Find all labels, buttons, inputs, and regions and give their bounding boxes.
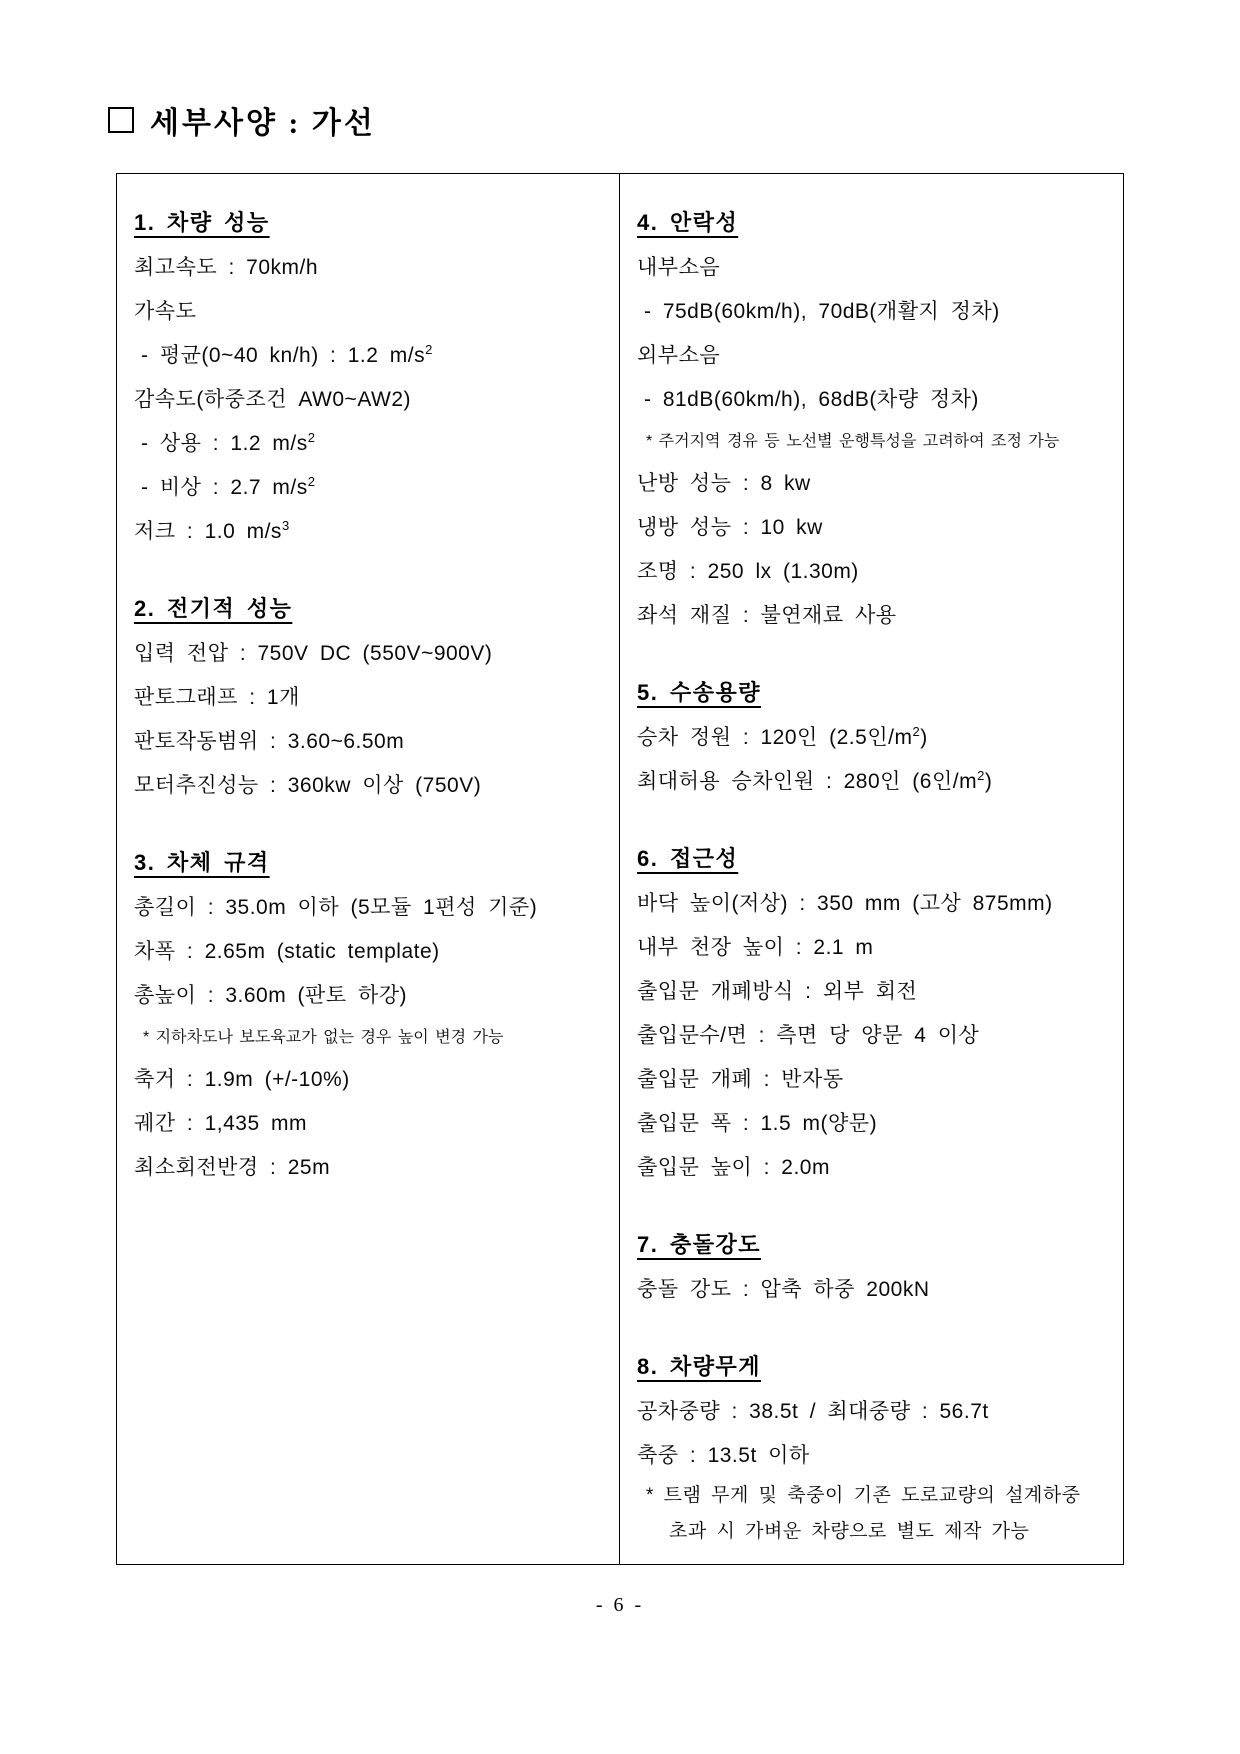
- spec-line: 최소회전반경 : 25m: [134, 1146, 605, 1190]
- spec-line: 출입문 폭 : 1.5 m(양문): [637, 1102, 1109, 1146]
- spec-section: 5. 수송용량승차 정원 : 120인 (2.5인/m2)최대허용 승차인원 :…: [637, 670, 1109, 804]
- section-title: 6. 접근성: [637, 836, 1109, 882]
- superscript: 3: [282, 518, 290, 533]
- spec-line: 외부소음: [637, 334, 1109, 378]
- footnote-line: * 지하차도나 보도육교가 없는 경우 높이 변경 가능: [134, 1018, 605, 1058]
- superscript: 2: [977, 768, 985, 783]
- spec-line: 출입문수/면 : 측면 당 양문 4 이상: [637, 1014, 1109, 1058]
- footnote-line: * 주거지역 경유 등 노선별 운행특성을 고려하여 조정 가능: [637, 422, 1109, 462]
- spec-line: 공차중량 : 38.5t / 최대중량 : 56.7t: [637, 1390, 1109, 1434]
- section-title: 2. 전기적 성능: [134, 586, 605, 632]
- spec-line: 내부소음: [637, 246, 1109, 290]
- spec-line: - 상용 : 1.2 m/s2: [134, 422, 605, 466]
- spec-line: - 75dB(60km/h), 70dB(개활지 정차): [637, 290, 1109, 334]
- spec-line: 출입문 높이 : 2.0m: [637, 1146, 1109, 1190]
- spec-line: 냉방 성능 : 10 kw: [637, 506, 1109, 550]
- footnote-line: 초과 시 가벼운 차량으로 별도 제작 가능: [637, 1514, 1109, 1550]
- spec-line: - 81dB(60km/h), 68dB(차량 정차): [637, 378, 1109, 422]
- spec-line: 승차 정원 : 120인 (2.5인/m2): [637, 716, 1109, 760]
- spec-section: 2. 전기적 성능입력 전압 : 750V DC (550V~900V)판토그래…: [134, 586, 605, 808]
- checkbox-square-icon: [108, 107, 134, 133]
- section-title: 4. 안락성: [637, 200, 1109, 246]
- spec-line: 저크 : 1.0 m/s3: [134, 510, 605, 554]
- spec-line: 출입문 개폐방식 : 외부 회전: [637, 970, 1109, 1014]
- spec-line: 좌석 재질 : 불연재료 사용: [637, 594, 1109, 638]
- spec-line: 출입문 개폐 : 반자동: [637, 1058, 1109, 1102]
- spec-line: 총길이 : 35.0m 이하 (5모듈 1편성 기준): [134, 886, 605, 930]
- page-title: 세부사양 : 가선: [108, 98, 376, 142]
- spec-line: 총높이 : 3.60m (판토 하강): [134, 974, 605, 1018]
- spec-line: 최대허용 승차인원 : 280인 (6인/m2): [637, 760, 1109, 804]
- footnote-line: * 트램 무게 및 축중이 기존 도로교량의 설계하중: [637, 1478, 1109, 1514]
- spec-section: 4. 안락성내부소음- 75dB(60km/h), 70dB(개활지 정차)외부…: [637, 200, 1109, 638]
- spec-table: 1. 차량 성능최고속도 : 70km/h가속도- 평균(0~40 kn/h) …: [116, 173, 1124, 1565]
- spec-line: - 평균(0~40 kn/h) : 1.2 m/s2: [134, 334, 605, 378]
- spec-section: 6. 접근성바닥 높이(저상) : 350 mm (고상 875mm)내부 천장…: [637, 836, 1109, 1190]
- spec-line: 궤간 : 1,435 mm: [134, 1102, 605, 1146]
- spec-line: 내부 천장 높이 : 2.1 m: [637, 926, 1109, 970]
- spec-line: 충돌 강도 : 압축 하중 200kN: [637, 1268, 1109, 1312]
- section-title: 8. 차량무게: [637, 1344, 1109, 1390]
- spec-line: 판토작동범위 : 3.60~6.50m: [134, 720, 605, 764]
- superscript: 2: [308, 430, 316, 445]
- section-title: 5. 수송용량: [637, 670, 1109, 716]
- superscript: 2: [912, 724, 920, 739]
- spec-line: 판토그래프 : 1개: [134, 676, 605, 720]
- superscript: 2: [308, 474, 316, 489]
- spec-line: 축중 : 13.5t 이하: [637, 1434, 1109, 1478]
- section-title: 1. 차량 성능: [134, 200, 605, 246]
- section-title: 7. 충돌강도: [637, 1222, 1109, 1268]
- left-column: 1. 차량 성능최고속도 : 70km/h가속도- 평균(0~40 kn/h) …: [117, 174, 620, 1564]
- spec-line: 가속도: [134, 290, 605, 334]
- document-page: 세부사양 : 가선 1. 차량 성능최고속도 : 70km/h가속도- 평균(0…: [0, 0, 1240, 1754]
- right-column: 4. 안락성내부소음- 75dB(60km/h), 70dB(개활지 정차)외부…: [620, 174, 1123, 1564]
- spec-line: 입력 전압 : 750V DC (550V~900V): [134, 632, 605, 676]
- spec-line: 조명 : 250 lx (1.30m): [637, 550, 1109, 594]
- page-title-text: 세부사양 : 가선: [150, 98, 376, 142]
- spec-section: 1. 차량 성능최고속도 : 70km/h가속도- 평균(0~40 kn/h) …: [134, 200, 605, 554]
- spec-line: - 비상 : 2.7 m/s2: [134, 466, 605, 510]
- page-number: - 6 -: [0, 1594, 1240, 1617]
- spec-line: 바닥 높이(저상) : 350 mm (고상 875mm): [637, 882, 1109, 926]
- spec-line: 축거 : 1.9m (+/-10%): [134, 1058, 605, 1102]
- spec-section: 8. 차량무게공차중량 : 38.5t / 최대중량 : 56.7t축중 : 1…: [637, 1344, 1109, 1550]
- spec-line: 난방 성능 : 8 kw: [637, 462, 1109, 506]
- spec-section: 3. 차체 규격총길이 : 35.0m 이하 (5모듈 1편성 기준)차폭 : …: [134, 840, 605, 1190]
- spec-line: 감속도(하중조건 AW0~AW2): [134, 378, 605, 422]
- spec-line: 최고속도 : 70km/h: [134, 246, 605, 290]
- spec-section: 7. 충돌강도충돌 강도 : 압축 하중 200kN: [637, 1222, 1109, 1312]
- spec-line: 차폭 : 2.65m (static template): [134, 930, 605, 974]
- superscript: 2: [425, 342, 433, 357]
- spec-line: 모터추진성능 : 360kw 이상 (750V): [134, 764, 605, 808]
- section-title: 3. 차체 규격: [134, 840, 605, 886]
